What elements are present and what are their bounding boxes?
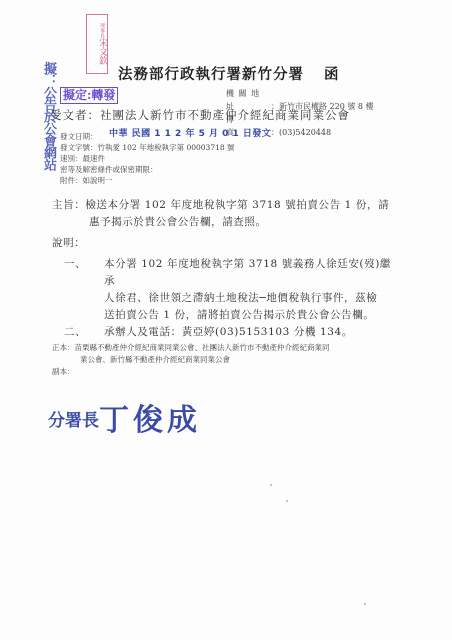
item-number: 一、 (64, 256, 86, 273)
number-label: 發文字號： (60, 143, 98, 152)
distribution-block: 正本：苗栗縣不動產仲介經紀商業同業公會、社團法人新竹市不動產仲介經紀商業同 業公… (52, 342, 402, 378)
explanation-item: 二、 承辦人及電話：黃亞婷(03)5153103 分機 134。 (64, 324, 402, 341)
seal-name: 宋文欽 (97, 38, 107, 65)
date-row: 發文日期： (60, 131, 235, 142)
attachment-value: 如說明一 (83, 176, 113, 185)
recipient-line: 受文者：社團法人新竹市不動產仲介經紀商業同業公會 (50, 107, 350, 123)
recipient-value: 社團法人新竹市不動產仲介經紀商業同業公會 (100, 108, 350, 122)
letter-body: 主旨：檢送本分署 102 年度地稅執字第 3718 號拍賣公告 1 份，請 惠予… (52, 197, 402, 341)
subject-line-2: 惠予揭示於貴公會公告欄，請查照。 (52, 214, 402, 231)
cc-recipients: 副本： (52, 366, 402, 378)
explanation-item: 一、 本分署 102 年度地稅執字第 3718 號義務人徐廷安(歿)繼承 人徐君… (64, 256, 402, 324)
speed-label: 速別： (60, 154, 83, 163)
attachment-row: 附件：如說明一 (60, 175, 235, 186)
scan-speck (286, 500, 288, 502)
document-metadata: 發文日期： 發文字號：竹執愛 102 年地稅執字第 00003718 號 速別：… (60, 131, 235, 186)
secrecy-label: 密等及解密條件或保密期限： (60, 165, 158, 174)
signatory-title: 分署長 (48, 411, 99, 431)
item-line: 送拍賣公告 1 份，請將拍賣公告揭示於貴公會公告欄。 (104, 307, 402, 324)
item-line: 人徐君、徐世領之滯納土地稅法─地價稅執行事件，茲檢 (104, 290, 402, 307)
attachment-label: 附件： (60, 176, 83, 185)
agency-name: 法務部行政執行署新竹分署 (118, 66, 304, 83)
secrecy-row: 密等及解密條件或保密期限： (60, 164, 235, 175)
speed-row: 速別：最速件 (60, 153, 235, 164)
document-type: 函 (324, 66, 340, 83)
item-line: 承辦人及電話：黃亞婷(03)5153103 分機 134。 (104, 324, 402, 341)
subject-label: 主旨： (52, 199, 85, 211)
explanation-label: 說明： (52, 235, 402, 252)
original-line-2: 業公會、新竹縣不動產仲介經紀商業同業公會 (52, 354, 402, 366)
scan-speck (270, 484, 272, 486)
routing-stamp: 擬定:轉發 (60, 87, 118, 104)
approval-seal-stamp: 理事長宋文欽 (86, 14, 108, 74)
original-recipients: 正本：苗栗縣不動產仲介經紀商業同業公會、社團法人新竹市不動產仲介經紀商業同 業公… (52, 342, 402, 366)
scan-speck (364, 603, 366, 605)
document-header: 法務部行政執行署新竹分署函 (118, 63, 340, 84)
subject-line-1: 檢送本分署 102 年度地稅執字第 3718 號拍賣公告 1 份，請 (85, 199, 389, 211)
number-value: 竹執愛 102 年地稅執字第 00003718 號 (98, 143, 235, 152)
subject-block: 主旨：檢送本分署 102 年度地稅執字第 3718 號拍賣公告 1 份，請 惠予… (52, 197, 402, 231)
item-number: 二、 (64, 324, 86, 341)
date-label: 發文日期： (60, 132, 98, 141)
original-line-1: 苗栗縣不動產仲介經紀商業同業公會、社團法人新竹市不動產仲介經紀商業同 (75, 343, 330, 352)
fax-value: (03)5420448 (279, 128, 331, 137)
recipient-label: 受文者： (50, 108, 100, 122)
speed-value: 最速件 (83, 154, 106, 163)
signatory-name: 丁俊成 (99, 403, 201, 438)
number-row: 發文字號：竹執愛 102 年地稅執字第 00003718 號 (60, 142, 235, 153)
cc-label: 副本： (52, 367, 75, 376)
signature-stamp: 分署長丁俊成 (48, 395, 201, 439)
seal-title: 理事長 (99, 23, 105, 38)
scan-speck (250, 75, 252, 77)
item-line: 本分署 102 年度地稅執字第 3718 號義務人徐廷安(歿)繼承 (104, 256, 402, 290)
original-label: 正本： (52, 343, 75, 352)
